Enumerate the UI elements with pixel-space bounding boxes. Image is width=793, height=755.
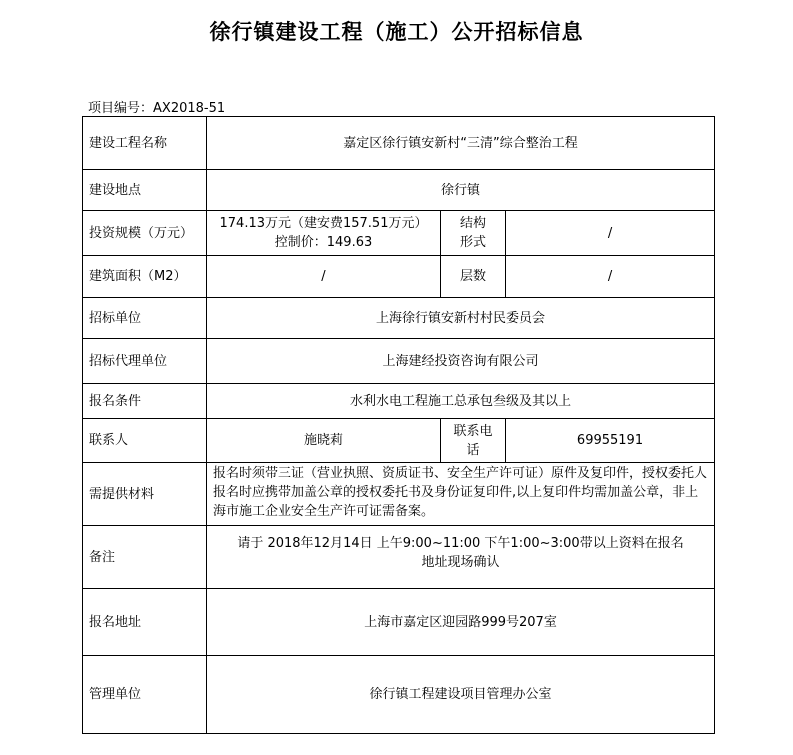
value-remarks: 请于 2018年12月14日 上午9:00~11:00 下午1:00~3:00带… [207, 526, 715, 589]
value-contact: 施晓莉 [207, 419, 441, 463]
project-number-label: 项目编号： [88, 101, 153, 116]
value-phone: 69955191 [506, 419, 715, 463]
value-qualification: 水利水电工程施工总承包叁级及其以上 [207, 384, 715, 419]
label-materials: 需提供材料 [83, 463, 207, 526]
value-materials: 报名时须带三证（营业执照、资质证书、安全生产许可证）原件及复印件，授权委托人报名… [207, 463, 715, 526]
label-remarks: 备注 [83, 526, 207, 589]
label-floors: 层数 [441, 256, 506, 298]
tender-info-table: 建设工程名称 嘉定区徐行镇安新村“三清”综合整治工程 建设地点 徐行镇 投资规模… [82, 116, 715, 734]
value-investment: 174.13万元（建安费157.51万元） 控制价：149.63 [207, 211, 441, 256]
value-location: 徐行镇 [207, 170, 715, 211]
value-address: 上海市嘉定区迎园路999号207室 [207, 589, 715, 656]
label-management: 管理单位 [83, 656, 207, 734]
row-location: 建设地点 徐行镇 [83, 170, 715, 211]
value-area: / [207, 256, 441, 298]
control-price: 控制价：149.63 [209, 233, 438, 252]
label-area: 建筑面积（M2） [83, 256, 207, 298]
row-qualification: 报名条件 水利水电工程施工总承包叁级及其以上 [83, 384, 715, 419]
investment-amount: 174.13万元（建安费157.51万元） [209, 214, 438, 233]
label-contact: 联系人 [83, 419, 207, 463]
row-management: 管理单位 徐行镇工程建设项目管理办公室 [83, 656, 715, 734]
label-location: 建设地点 [83, 170, 207, 211]
row-remarks: 备注 请于 2018年12月14日 上午9:00~11:00 下午1:00~3:… [83, 526, 715, 589]
label-agent: 招标代理单位 [83, 339, 207, 384]
row-investment: 投资规模（万元） 174.13万元（建安费157.51万元） 控制价：149.6… [83, 211, 715, 256]
value-management: 徐行镇工程建设项目管理办公室 [207, 656, 715, 734]
row-address: 报名地址 上海市嘉定区迎园路999号207室 [83, 589, 715, 656]
row-area: 建筑面积（M2） / 层数 / [83, 256, 715, 298]
label-qualification: 报名条件 [83, 384, 207, 419]
row-contact: 联系人 施晓莉 联系电话 69955191 [83, 419, 715, 463]
value-floors: / [506, 256, 715, 298]
value-tenderer: 上海徐行镇安新村村民委员会 [207, 298, 715, 339]
row-tenderer: 招标单位 上海徐行镇安新村村民委员会 [83, 298, 715, 339]
page-title: 徐行镇建设工程（施工）公开招标信息 [0, 16, 793, 46]
project-number: 项目编号：AX2018-51 [88, 97, 225, 116]
value-agent: 上海建经投资咨询有限公司 [207, 339, 715, 384]
label-tenderer: 招标单位 [83, 298, 207, 339]
row-project-name: 建设工程名称 嘉定区徐行镇安新村“三清”综合整治工程 [83, 117, 715, 170]
label-project-name: 建设工程名称 [83, 117, 207, 170]
project-number-value: AX2018-51 [153, 101, 225, 116]
label-phone: 联系电话 [441, 419, 506, 463]
label-phone-text: 联系电话 [451, 422, 495, 460]
label-address: 报名地址 [83, 589, 207, 656]
remarks-line-1: 请于 2018年12月14日 上午9:00~11:00 下午1:00~3:00带… [213, 534, 708, 553]
row-agent: 招标代理单位 上海建经投资咨询有限公司 [83, 339, 715, 384]
value-structure: / [506, 211, 715, 256]
value-project-name: 嘉定区徐行镇安新村“三清”综合整治工程 [207, 117, 715, 170]
remarks-line-2: 地址现场确认 [213, 553, 708, 572]
label-structure-text: 结构形式 [458, 214, 488, 252]
row-materials: 需提供材料 报名时须带三证（营业执照、资质证书、安全生产许可证）原件及复印件，授… [83, 463, 715, 526]
label-investment: 投资规模（万元） [83, 211, 207, 256]
label-structure: 结构形式 [441, 211, 506, 256]
